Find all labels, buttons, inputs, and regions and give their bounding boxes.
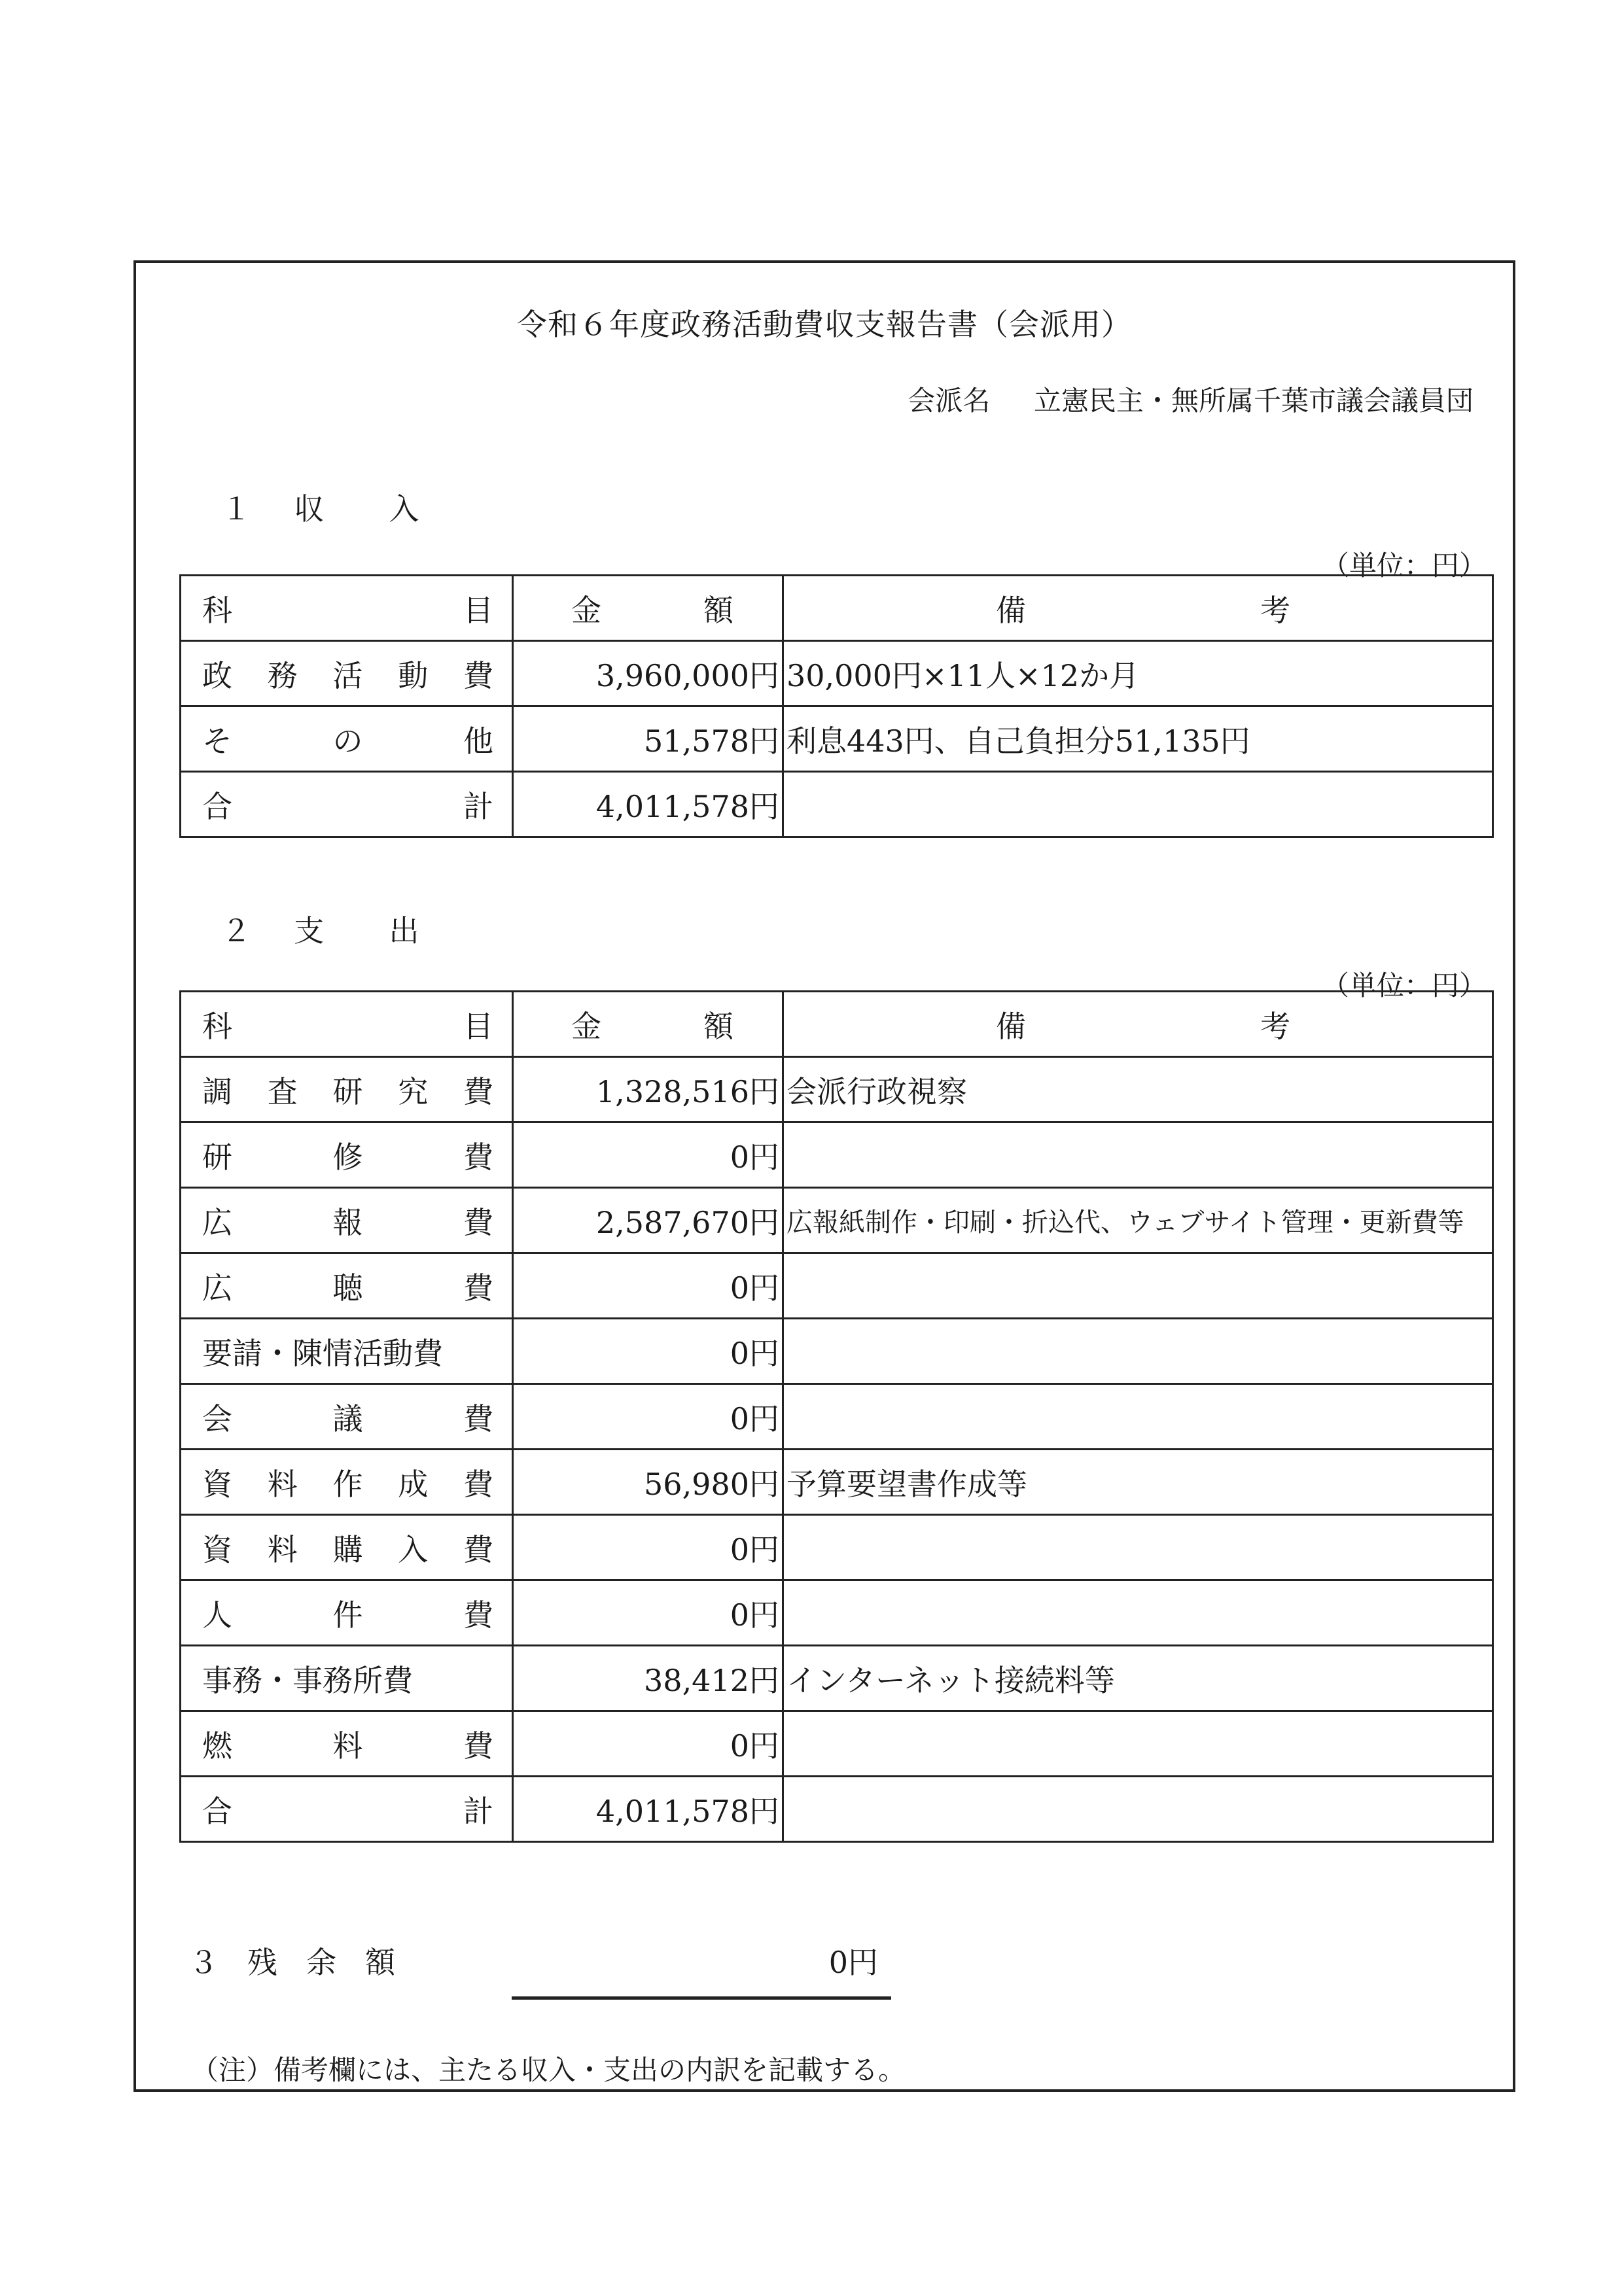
item-char: 入 — [398, 1526, 428, 1569]
amount-cell: 3,960,000円 — [513, 641, 783, 706]
amount-cell: 0円 — [513, 1253, 783, 1319]
remarks-cell — [783, 1319, 1493, 1384]
header-remarks: 考 — [1260, 1003, 1290, 1046]
item-char: 費 — [463, 1264, 493, 1308]
item-char: の — [333, 718, 363, 761]
group-name: 立憲民主・無所属千葉市議会議員団 — [1034, 385, 1474, 417]
remarks-cell — [783, 1384, 1493, 1450]
item-char: 務 — [268, 652, 298, 695]
item-char: 費 — [463, 1592, 493, 1635]
report-frame: 令和６年度政務活動費収支報告書（会派用） 会派名 立憲民主・無所属千葉市議会議員… — [133, 260, 1515, 2092]
remarks-cell: 広報紙制作・印刷・折込代、ウェブサイト管理・更新費等 — [783, 1188, 1493, 1253]
amount-cell: 51,578円 — [513, 706, 783, 772]
item-char: 費 — [463, 1461, 493, 1504]
section-number: ２ — [221, 913, 251, 948]
item-char: 政 — [202, 652, 232, 695]
header-remarks: 備 — [996, 587, 1026, 630]
section-number: ３ — [188, 1945, 219, 1980]
remarks-cell — [783, 1515, 1493, 1580]
amount-cell: 4,011,578円 — [513, 772, 783, 837]
section-title-char: 出 — [389, 913, 419, 948]
table-row: 資料購入費 0円 — [181, 1515, 1493, 1580]
amount-cell: 4,011,578円 — [513, 1777, 783, 1842]
item-char: 費 — [463, 1199, 493, 1242]
table-row: 人件費 0円 — [181, 1580, 1493, 1646]
balance-label-char: 額 — [365, 1945, 395, 1980]
amount-cell: 0円 — [513, 1580, 783, 1646]
amount-cell: 0円 — [513, 1711, 783, 1777]
table-row: 研修費 0円 — [181, 1122, 1493, 1188]
item-char: 広 — [202, 1264, 232, 1308]
item-char: 計 — [463, 783, 493, 826]
item-char: 議 — [333, 1395, 363, 1438]
item-char: 購 — [333, 1526, 363, 1569]
item-char: 作 — [333, 1461, 363, 1504]
item-char: 調 — [202, 1068, 232, 1111]
item-char: 成 — [398, 1461, 428, 1504]
footnote: （注）備考欄には、主たる収入・支出の内訳を記載する。 — [191, 2049, 906, 2088]
item-char: 合 — [202, 1788, 232, 1831]
section-title-char: 支 — [294, 913, 324, 948]
amount-cell: 2,587,670円 — [513, 1188, 783, 1253]
item-char: 燃 — [202, 1722, 232, 1765]
amount-cell: 0円 — [513, 1319, 783, 1384]
table-row-total: 合計 4,011,578円 — [181, 1777, 1493, 1842]
balance-heading: ３残余額 — [188, 1939, 424, 1982]
amount-cell: 56,980円 — [513, 1450, 783, 1515]
item-char: 費 — [463, 652, 493, 695]
remarks-cell: 会派行政視察 — [783, 1057, 1493, 1122]
section-number: １ — [221, 491, 251, 527]
remarks-cell: 利息443円、自己負担分51,135円 — [783, 706, 1493, 772]
remarks-cell — [783, 772, 1493, 837]
item-char: 計 — [463, 1788, 493, 1831]
item-char: 料 — [268, 1461, 298, 1504]
group-name-line: 会派名 立憲民主・無所属千葉市議会議員団 — [908, 379, 1474, 419]
item-char: 費 — [463, 1722, 493, 1765]
table-row: 会議費 0円 — [181, 1384, 1493, 1450]
item-char: 資 — [202, 1526, 232, 1569]
item-label: 事務・事務所費 — [202, 1657, 413, 1700]
header-amount: 金 — [571, 1003, 601, 1046]
item-char: 件 — [333, 1592, 363, 1635]
header-item: 科 — [202, 587, 232, 630]
remarks-cell — [783, 1253, 1493, 1319]
amount-cell: 0円 — [513, 1515, 783, 1580]
header-remarks: 考 — [1260, 587, 1290, 630]
table-row: 調査研究費 1,328,516円 会派行政視察 — [181, 1057, 1493, 1122]
table-row: 要請・陳情活動費 0円 — [181, 1319, 1493, 1384]
header-remarks: 備 — [996, 1003, 1026, 1046]
header-item: 科 — [202, 1003, 232, 1046]
amount-cell: 0円 — [513, 1122, 783, 1188]
item-char: 費 — [463, 1395, 493, 1438]
table-row: 広聴費 0円 — [181, 1253, 1493, 1319]
item-char: 動 — [398, 652, 428, 695]
section-title-char: 入 — [389, 491, 419, 527]
table-row-total: 合 計 4,011,578円 — [181, 772, 1493, 837]
item-char: 研 — [333, 1068, 363, 1111]
item-char: 聴 — [333, 1264, 363, 1308]
item-char: 研 — [202, 1134, 232, 1177]
item-char: 費 — [463, 1526, 493, 1569]
header-item: 目 — [463, 587, 493, 630]
item-char: 人 — [202, 1592, 232, 1635]
amount-cell: 0円 — [513, 1384, 783, 1450]
income-section-heading: １ 収 入 — [221, 485, 419, 529]
section-title-char: 収 — [294, 491, 324, 527]
balance-label-char: 余 — [306, 1945, 336, 1980]
item-char: 合 — [202, 783, 232, 826]
balance-underline — [512, 1996, 891, 2000]
table-row: 燃料費 0円 — [181, 1711, 1493, 1777]
item-char: 会 — [202, 1395, 232, 1438]
item-char: 費 — [463, 1134, 493, 1177]
item-char: 費 — [463, 1068, 493, 1111]
item-label: 要請・陳情活動費 — [202, 1330, 443, 1373]
item-char: 広 — [202, 1199, 232, 1242]
item-char: 報 — [333, 1199, 363, 1242]
report-title: 令和６年度政務活動費収支報告書（会派用） — [136, 301, 1513, 344]
table-row: 資料作成費 56,980円 予算要望書作成等 — [181, 1450, 1493, 1515]
balance-amount: 0円 — [512, 1939, 878, 1982]
header-amount: 額 — [703, 587, 733, 630]
item-char: 査 — [268, 1068, 298, 1111]
item-char: 他 — [463, 718, 493, 761]
balance-label-char: 残 — [247, 1945, 277, 1980]
expense-table: 科目 金額 備考 調査研究費 1,328,516円 会派行政視察 研修費 0円 … — [179, 990, 1494, 1843]
item-char: 料 — [333, 1722, 363, 1765]
amount-cell: 1,328,516円 — [513, 1057, 783, 1122]
item-char: 資 — [202, 1461, 232, 1504]
header-item: 目 — [463, 1003, 493, 1046]
item-char: 修 — [333, 1134, 363, 1177]
table-header-row: 科目 金額 備考 — [181, 992, 1493, 1057]
table-row: 広報費 2,587,670円 広報紙制作・印刷・折込代、ウェブサイト管理・更新費… — [181, 1188, 1493, 1253]
remarks-cell — [783, 1711, 1493, 1777]
remarks-cell — [783, 1580, 1493, 1646]
group-label: 会派名 — [908, 385, 990, 417]
remarks-cell: 予算要望書作成等 — [783, 1450, 1493, 1515]
expense-section-heading: ２ 支 出 — [221, 907, 419, 950]
table-row: 政 務 活 動 費 3,960,000円 30,000円×11人×12か月 — [181, 641, 1493, 706]
remarks-cell: 30,000円×11人×12か月 — [783, 641, 1493, 706]
header-amount: 額 — [703, 1003, 733, 1046]
remarks-cell: インターネット接続料等 — [783, 1646, 1493, 1711]
remarks-cell — [783, 1777, 1493, 1842]
item-char: 料 — [268, 1526, 298, 1569]
header-amount: 金 — [571, 587, 601, 630]
item-char: 究 — [398, 1068, 428, 1111]
item-char: 活 — [333, 652, 363, 695]
item-char: そ — [202, 718, 232, 761]
table-header-row: 科目 金額 備考 — [181, 576, 1493, 641]
table-row: そ の 他 51,578円 利息443円、自己負担分51,135円 — [181, 706, 1493, 772]
table-row: 事務・事務所費 38,412円 インターネット接続料等 — [181, 1646, 1493, 1711]
remarks-cell — [783, 1122, 1493, 1188]
amount-cell: 38,412円 — [513, 1646, 783, 1711]
income-table: 科目 金額 備考 政 務 活 動 費 3,960,000円 30,000円×11… — [179, 574, 1494, 838]
